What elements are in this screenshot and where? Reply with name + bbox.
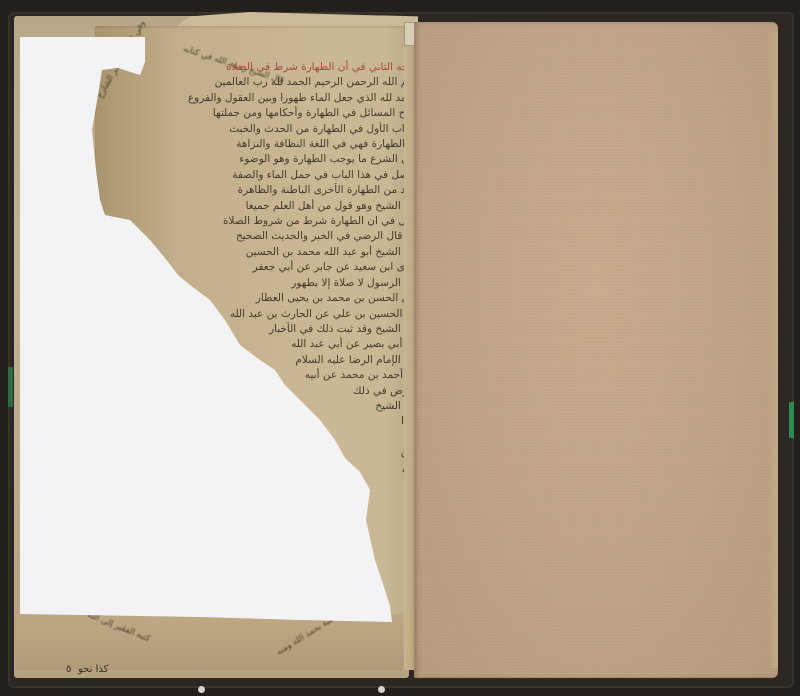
folio-number: ٥ bbox=[66, 664, 71, 675]
text-line: الكتاب الأول في الطهارة من الحدث والخبث bbox=[100, 122, 420, 137]
cover-green-tab-left bbox=[8, 367, 13, 407]
text-line: قال الرسول لا صلاة إلا بطهور bbox=[100, 276, 420, 291]
text-line: قال bbox=[100, 491, 420, 506]
text-line: قال الشيخ وقد ثبت ذلك في الأخبار bbox=[100, 322, 420, 337]
text-line: كما قال الرضي في الخبر والحديث الصحيح bbox=[100, 229, 420, 244]
text-line: أما الطهارة فهي في اللغة النظافة والنزاه… bbox=[100, 137, 420, 152]
binding-pin bbox=[198, 686, 205, 693]
text-line: الفرض في ذلك bbox=[100, 384, 420, 399]
right-blank-page bbox=[414, 22, 778, 678]
text-line: و bbox=[100, 568, 420, 583]
text-line: وكل bbox=[100, 461, 420, 476]
rubric-line: الوجه الثاني في أن الطهارة شرط في الصلاة bbox=[100, 60, 420, 75]
text-line: وفي الشرع ما يوجب الطهارة وهو الوضوء bbox=[100, 152, 420, 167]
binding-pin bbox=[378, 686, 385, 693]
manuscript-text-block: الوجه الثاني في أن الطهارة شرط في الصلاة… bbox=[100, 60, 420, 630]
text-line: الفصل في هذا الباب في حمل الماء والصفة bbox=[100, 168, 420, 183]
text-line: شرح المسائل في الطهارة وأحكامها ومن جملت… bbox=[100, 106, 420, 121]
text-line: ل bbox=[100, 599, 420, 614]
text-line: ثم bbox=[100, 507, 420, 522]
text-line: ولابد من الطهارة الأخرى الباطنة والظاهرة bbox=[100, 183, 420, 198]
text-line: عن الحسين بن علي عن الحارث بن عبد الله bbox=[100, 307, 420, 322]
text-line: وهذا bbox=[100, 414, 420, 429]
text-line: الاول في ان الطهارة شرط من شروط الصلاة bbox=[100, 214, 420, 229]
text-line: قال الشيخ أبو عبد الله محمد بن الحسين bbox=[100, 245, 420, 260]
right-page-edge bbox=[768, 32, 778, 668]
text-line: من أحمد بن محمد عن أبيه bbox=[100, 368, 420, 383]
text-line: ف bbox=[100, 584, 420, 599]
text-line: قال الشيخ وهو قول من أهل العلم جميعا bbox=[100, 199, 420, 214]
text-line: وعن bbox=[100, 445, 420, 460]
text-line: قال الشيخ bbox=[100, 399, 420, 414]
text-line: ان bbox=[100, 522, 420, 537]
text-line: بسم الله الرحمن الرحيم الحمد لله رب العا… bbox=[100, 75, 420, 90]
manuscript-photo: قال الشيخ رحمه الله في كتابه وفي الحاشية… bbox=[0, 0, 800, 696]
text-line: روى الحسن بن محمد بن يحيى العطار bbox=[100, 291, 420, 306]
text-line: من bbox=[100, 476, 420, 491]
text-line: الحمد لله الذي جعل الماء طهورا وبين العق… bbox=[100, 91, 420, 106]
cover-green-tab-right bbox=[789, 402, 794, 438]
folio-signature: كذا نحو bbox=[78, 664, 108, 675]
text-line: قال bbox=[100, 430, 420, 445]
text-line: وروى ابن سعيد عن جابر عن أبي جعفر bbox=[100, 260, 420, 275]
text-line: قال الإمام الرضا عليه السلام bbox=[100, 353, 420, 368]
text-line: بل bbox=[100, 553, 420, 568]
text-line: عن أبي بصير عن أبي عبد الله bbox=[100, 337, 420, 352]
bottom-endpaper-strip bbox=[16, 614, 406, 670]
text-line: فهو bbox=[100, 538, 420, 553]
